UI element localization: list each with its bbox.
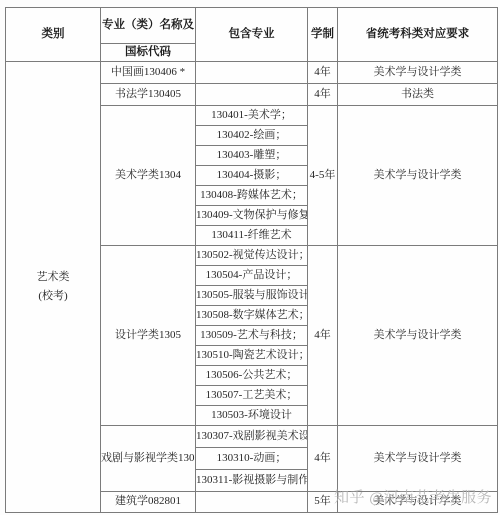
requirement-cell: 美术学与设计学类 <box>338 426 498 492</box>
requirement-cell: 美术学与设计学类 <box>338 106 498 246</box>
col-header-national-code: 国标代码 <box>101 44 196 62</box>
included-major-cell: 130401-美术学； <box>196 106 308 126</box>
category-line1: 艺术类 <box>6 268 100 287</box>
category-line2: (校考) <box>6 287 100 306</box>
included-major-cell: 130404-摄影； <box>196 166 308 186</box>
included-major-cell: 130408-跨媒体艺术； <box>196 186 308 206</box>
col-header-category: 类别 <box>6 8 101 62</box>
included-major-cell: 130502-视觉传达设计； <box>196 246 308 266</box>
included-major-cell: 130311-影视摄影与制作 <box>196 470 308 492</box>
duration-cell: 5年 <box>308 492 338 513</box>
duration-cell: 4-5年 <box>308 106 338 246</box>
included-major-cell <box>196 492 308 513</box>
included-major-cell <box>196 62 308 84</box>
requirement-cell: 美术学与设计学类 <box>338 62 498 84</box>
included-major-cell: 130507-工艺美术； <box>196 386 308 406</box>
included-major-cell: 130510-陶瓷艺术设计； <box>196 346 308 366</box>
included-major-cell: 130506-公共艺术； <box>196 366 308 386</box>
majors-table: 类别 专业（类）名称及 包含专业 学制 省统考科类对应要求 国标代码 艺术类(校… <box>5 7 498 513</box>
included-major-cell: 130411-纤维艺术 <box>196 226 308 246</box>
included-major-cell: 130403-雕塑； <box>196 146 308 166</box>
col-header-included-majors: 包含专业 <box>196 8 308 62</box>
included-major-cell <box>196 84 308 106</box>
duration-cell: 4年 <box>308 246 338 426</box>
requirement-cell: 美术学与设计学类 <box>338 246 498 426</box>
page: 类别 专业（类）名称及 包含专业 学制 省统考科类对应要求 国标代码 艺术类(校… <box>0 7 500 515</box>
included-major-cell: 130504-产品设计； <box>196 266 308 286</box>
major-cell: 美术学类1304 <box>101 106 196 246</box>
requirement-cell: 美术学与设计学类 <box>338 492 498 513</box>
major-cell: 戏剧与影视学类1303 <box>101 426 196 492</box>
included-major-cell: 130503-环境设计 <box>196 406 308 426</box>
duration-cell: 4年 <box>308 84 338 106</box>
major-cell: 建筑学082801 <box>101 492 196 513</box>
col-header-exam-requirement: 省统考科类对应要求 <box>338 8 498 62</box>
included-major-cell: 130409-文物保护与修复； <box>196 206 308 226</box>
col-header-major-name: 专业（类）名称及 <box>101 8 196 44</box>
included-major-cell: 130310-动画； <box>196 448 308 470</box>
col-header-duration: 学制 <box>308 8 338 62</box>
included-major-cell: 130509-艺术与科技； <box>196 326 308 346</box>
included-major-cell: 130508-数字媒体艺术； <box>196 306 308 326</box>
major-cell: 设计学类1305 <box>101 246 196 426</box>
included-major-cell: 130505-服装与服饰设计； <box>196 286 308 306</box>
table-row: 艺术类(校考)中国画130406 *4年美术学与设计学类 <box>6 62 498 84</box>
included-major-cell: 130307-戏剧影视美术设计； <box>196 426 308 448</box>
major-cell: 中国画130406 * <box>101 62 196 84</box>
category-cell: 艺术类(校考) <box>6 62 101 513</box>
duration-cell: 4年 <box>308 426 338 492</box>
requirement-cell: 书法类 <box>338 84 498 106</box>
table-body: 艺术类(校考)中国画130406 *4年美术学与设计学类书法学1304054年书… <box>6 62 498 513</box>
major-cell: 书法学130405 <box>101 84 196 106</box>
duration-cell: 4年 <box>308 62 338 84</box>
included-major-cell: 130402-绘画； <box>196 126 308 146</box>
